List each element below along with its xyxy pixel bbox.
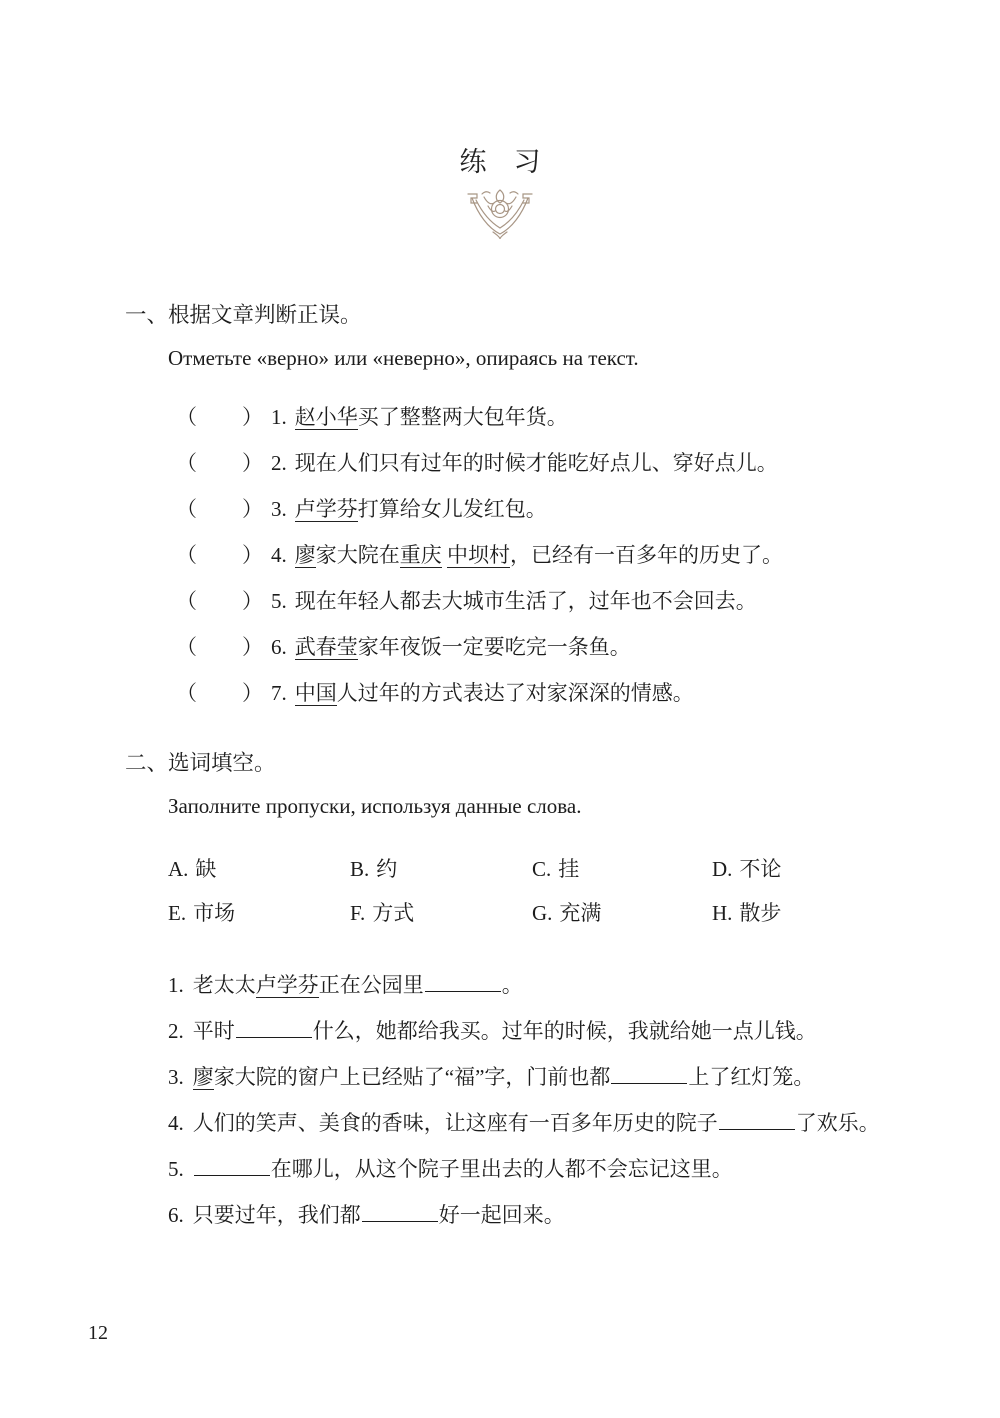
answer-brackets[interactable]: （ ） [176,497,264,521]
item-number: 5. [271,589,287,613]
item-number: 2. [168,1019,184,1043]
fill-blank-list: 1.老太太卢学芬正在公园里。2.平时什么，她都给我买。过年的时候，我就给她一点儿… [168,972,905,1229]
true-false-item: （ ）7.中国人过年的方式表达了对家深深的情感。 [176,680,905,706]
text-segment: 老太太 [193,973,256,997]
text-segment: 好一起回来。 [439,1203,565,1227]
page-number: 12 [88,1322,108,1345]
text-segment: 人们的笑声、美食的香味，让这座有一百多年历史的院子 [193,1111,718,1135]
option-word: 充满 [559,901,601,925]
option-word: 约 [376,857,397,881]
answer-brackets[interactable]: （ ） [176,405,264,429]
text-segment: 在哪儿，从这个院子里出去的人都不会忘记这里。 [271,1157,733,1181]
proper-noun-underlined: 廖 [193,1065,214,1090]
word-option: H.散步 [712,900,905,927]
fill-in-blank[interactable] [425,990,501,992]
option-letter: E. [168,901,186,925]
proper-noun-underlined: 重庆 [400,543,442,568]
fill-in-blank[interactable] [194,1174,270,1176]
fill-in-blank[interactable] [236,1036,312,1038]
floral-ornament-icon [462,182,538,240]
text-segment: 只要过年，我们都 [193,1203,361,1227]
word-options-grid: A.缺B.约C.挂D.不论E.市场F.方式G.充满H.散步 [168,856,905,927]
option-letter: A. [168,857,188,881]
text-segment: ，已经有一百多年的历史了。 [510,543,783,567]
word-option: C.挂 [532,856,712,883]
fill-blank-item: 5.在哪儿，从这个院子里出去的人都不会忘记这里。 [168,1156,905,1183]
item-number: 3. [168,1065,184,1089]
fill-blank-item: 2.平时什么，她都给我买。过年的时候，我就给她一点儿钱。 [168,1018,905,1045]
item-number: 1. [271,405,287,429]
section-2-title: 选词填空。 [168,751,276,775]
word-option: B.约 [350,856,532,883]
section-2-instruction-russian: Заполните пропуски, используя данные сло… [168,792,905,820]
text-segment: 什么，她都给我买。过年的时候，我就给她一点儿钱。 [313,1019,817,1043]
option-letter: B. [350,857,369,881]
answer-brackets[interactable]: （ ） [176,543,264,567]
worksheet-page: 练 习 一、根据文章判断正误。 [0,0,1000,1418]
proper-noun-underlined: 中坝村 [447,543,510,568]
fill-blank-item: 3.廖家大院的窗户上已经贴了“福”字，门前也都上了红灯笼。 [168,1064,905,1091]
text-segment: 人过年的方式表达了对家深深的情感。 [337,681,694,705]
option-word: 不论 [739,857,781,881]
text-segment: 家大院在 [316,543,400,567]
text-segment: 买了整整两大包年货。 [358,405,568,429]
section-fill-blank: 二、选词填空。 Заполните пропуски, используя да… [125,750,905,1229]
proper-noun-underlined: 武春莹 [295,635,358,660]
section-2-heading: 二、选词填空。 [125,750,905,776]
fill-blank-item: 6.只要过年，我们都好一起回来。 [168,1202,905,1229]
fill-blank-item: 1.老太太卢学芬正在公园里。 [168,972,905,999]
word-option: G.充满 [532,900,712,927]
section-1-heading: 一、根据文章判断正误。 [125,302,905,328]
proper-noun-underlined: 廖 [295,543,316,568]
true-false-item: （ ）1.赵小华买了整整两大包年货。 [176,404,905,430]
true-false-list: （ ）1.赵小华买了整整两大包年货。（ ）2.现在人们只有过年的时候才能吃好点儿… [176,404,905,706]
option-letter: H. [712,901,732,925]
true-false-item: （ ）2.现在人们只有过年的时候才能吃好点儿、穿好点儿。 [176,450,905,476]
true-false-item: （ ）3.卢学芬打算给女儿发红包。 [176,496,905,522]
section-2-number: 二、 [125,751,168,775]
text-segment: 正在公园里 [319,973,424,997]
item-number: 4. [271,543,287,567]
item-number: 5. [168,1157,184,1181]
text-segment: 平时 [193,1019,235,1043]
text-segment: 上了红灯笼。 [688,1065,814,1089]
option-letter: D. [712,857,732,881]
text-segment: 现在年轻人都去大城市生活了，过年也不会回去。 [295,589,757,613]
fill-in-blank[interactable] [719,1128,795,1130]
option-word: 方式 [372,901,414,925]
section-true-false: 一、根据文章判断正误。 Отметьте «верно» или «неверн… [125,302,905,706]
page-content: 一、根据文章判断正误。 Отметьте «верно» или «неверн… [125,302,905,1229]
proper-noun-underlined: 中国 [295,681,337,706]
item-number: 2. [271,451,287,475]
section-1-title: 根据文章判断正误。 [168,303,362,327]
word-option: E.市场 [168,900,350,927]
true-false-item: （ ）6.武春莹家年夜饭一定要吃完一条鱼。 [176,634,905,660]
section-1-instruction-russian: Отметьте «верно» или «неверно», опираясь… [168,344,905,372]
proper-noun-underlined: 卢学芬 [295,497,358,522]
answer-brackets[interactable]: （ ） [176,681,264,705]
option-word: 缺 [195,857,216,881]
text-segment: 现在人们只有过年的时候才能吃好点儿、穿好点儿。 [295,451,778,475]
ornament-container [0,182,1000,242]
fill-in-blank[interactable] [611,1082,687,1084]
option-word: 散步 [739,901,781,925]
text-segment: 打算给女儿发红包。 [358,497,547,521]
word-option: A.缺 [168,856,350,883]
true-false-item: （ ）5.现在年轻人都去大城市生活了，过年也不会回去。 [176,588,905,614]
true-false-item: （ ）4.廖家大院在重庆 中坝村，已经有一百多年的历史了。 [176,542,905,568]
item-number: 6. [271,635,287,659]
item-number: 6. [168,1203,184,1227]
proper-noun-underlined: 卢学芬 [256,973,319,998]
answer-brackets[interactable]: （ ） [176,635,264,659]
option-word: 挂 [558,857,579,881]
word-option: D.不论 [712,856,905,883]
proper-noun-underlined: 赵小华 [295,405,358,430]
answer-brackets[interactable]: （ ） [176,589,264,613]
item-number: 7. [271,681,287,705]
text-segment: 家大院的窗户上已经贴了“福”字，门前也都 [214,1065,611,1089]
fill-in-blank[interactable] [362,1220,438,1222]
option-letter: C. [532,857,551,881]
answer-brackets[interactable]: （ ） [176,451,264,475]
text-segment: 了欢乐。 [796,1111,880,1135]
text-segment: 家年夜饭一定要吃完一条鱼。 [358,635,631,659]
text-segment: 。 [502,973,523,997]
item-number: 1. [168,973,184,997]
option-word: 市场 [193,901,235,925]
item-number: 3. [271,497,287,521]
fill-blank-item: 4.人们的笑声、美食的香味，让这座有一百多年历史的院子了欢乐。 [168,1110,905,1137]
page-title: 练 习 [0,0,1000,179]
item-number: 4. [168,1111,184,1135]
option-letter: F. [350,901,365,925]
word-option: F.方式 [350,900,532,927]
section-1-number: 一、 [125,303,168,327]
option-letter: G. [532,901,552,925]
